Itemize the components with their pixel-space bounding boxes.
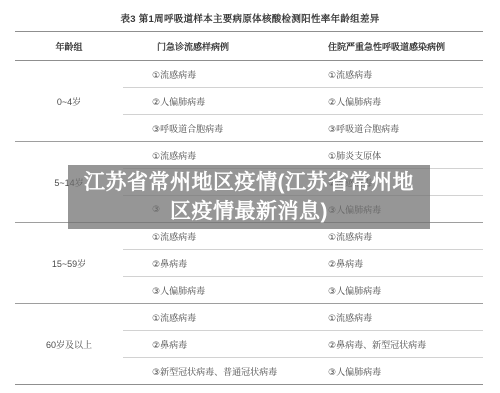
table-title: 表3 第1周呼吸道样本主要病原体核酸检测阳性率年龄组差异 bbox=[0, 11, 500, 25]
sari-cell: ①流感病毒 bbox=[328, 68, 483, 81]
ili-cell: ③呼吸道合胞病毒 bbox=[123, 122, 328, 135]
age-group-label: 60岁及以上 bbox=[15, 304, 123, 384]
header-sari-cases: 住院严重急性呼吸道感染病例 bbox=[328, 40, 483, 53]
age-group-label: 15~59岁 bbox=[15, 223, 123, 303]
ili-cell: ①流感病毒 bbox=[123, 311, 328, 324]
ili-cell: ①流感病毒 bbox=[123, 149, 328, 162]
table-row: ③新型冠状病毒、普通冠状病毒 ③人偏肺病毒 bbox=[123, 357, 483, 384]
sari-cell: ①流感病毒 bbox=[328, 230, 483, 243]
ili-cell: ①流感病毒 bbox=[123, 230, 328, 243]
headline-line-2: 区疫情最新消息) bbox=[170, 197, 328, 226]
sari-cell: ①流感病毒 bbox=[328, 311, 483, 324]
sari-cell: ③呼吸道合胞病毒 bbox=[328, 122, 483, 135]
ili-cell: ①流感病毒 bbox=[123, 68, 328, 81]
headline-line-1: 江苏省常州地区疫情(江苏省常州地 bbox=[84, 168, 414, 197]
sari-cell: ③人偏肺病毒 bbox=[328, 284, 483, 297]
article-page: 表3 第1周呼吸道样本主要病原体核酸检测阳性率年龄组差异 年龄组 门急诊流感样病… bbox=[0, 0, 500, 393]
table-row: ③人偏肺病毒 ③人偏肺病毒 bbox=[123, 276, 483, 303]
sari-cell: ②鼻病毒、新型冠状病毒 bbox=[328, 338, 483, 351]
ili-cell: ③新型冠状病毒、普通冠状病毒 bbox=[123, 365, 328, 378]
headline-overlay[interactable]: 江苏省常州地区疫情(江苏省常州地 区疫情最新消息) bbox=[68, 165, 430, 229]
age-group-label: 0~4岁 bbox=[15, 61, 123, 141]
ili-cell: ②鼻病毒 bbox=[123, 338, 328, 351]
table-row: ②鼻病毒 ②鼻病毒 bbox=[123, 249, 483, 276]
table-row: ①流感病毒 ①流感病毒 bbox=[123, 304, 483, 330]
header-age-group: 年龄组 bbox=[15, 40, 123, 53]
header-ili-cases: 门急诊流感样病例 bbox=[123, 40, 328, 53]
sari-cell: ②鼻病毒 bbox=[328, 257, 483, 270]
table-row-group-60-plus: 60岁及以上 ①流感病毒 ①流感病毒 ②鼻病毒 ②鼻病毒、新型冠状病毒 ③新型冠… bbox=[15, 304, 483, 384]
table-row-group-15-59: 15~59岁 ①流感病毒 ①流感病毒 ②鼻病毒 ②鼻病毒 ③人偏肺病毒 ③人偏肺… bbox=[15, 223, 483, 304]
sari-cell: ③人偏肺病毒 bbox=[328, 365, 483, 378]
sari-cell: ①肺炎支原体 bbox=[328, 149, 483, 162]
ili-cell: ②人偏肺病毒 bbox=[123, 95, 328, 108]
table-row-group-0-4: 0~4岁 ①流感病毒 ①流感病毒 ②人偏肺病毒 ②人偏肺病毒 ③呼吸道合胞病毒 … bbox=[15, 61, 483, 142]
table-row: ②人偏肺病毒 ②人偏肺病毒 bbox=[123, 87, 483, 114]
ili-cell: ③人偏肺病毒 bbox=[123, 284, 328, 297]
table-row: ③呼吸道合胞病毒 ③呼吸道合胞病毒 bbox=[123, 114, 483, 141]
table-header-row: 年龄组 门急诊流感样病例 住院严重急性呼吸道感染病例 bbox=[15, 32, 483, 61]
ili-cell: ②鼻病毒 bbox=[123, 257, 328, 270]
table-row: ①流感病毒 ①流感病毒 bbox=[123, 61, 483, 87]
sari-cell: ②人偏肺病毒 bbox=[328, 95, 483, 108]
table-row: ②鼻病毒 ②鼻病毒、新型冠状病毒 bbox=[123, 330, 483, 357]
